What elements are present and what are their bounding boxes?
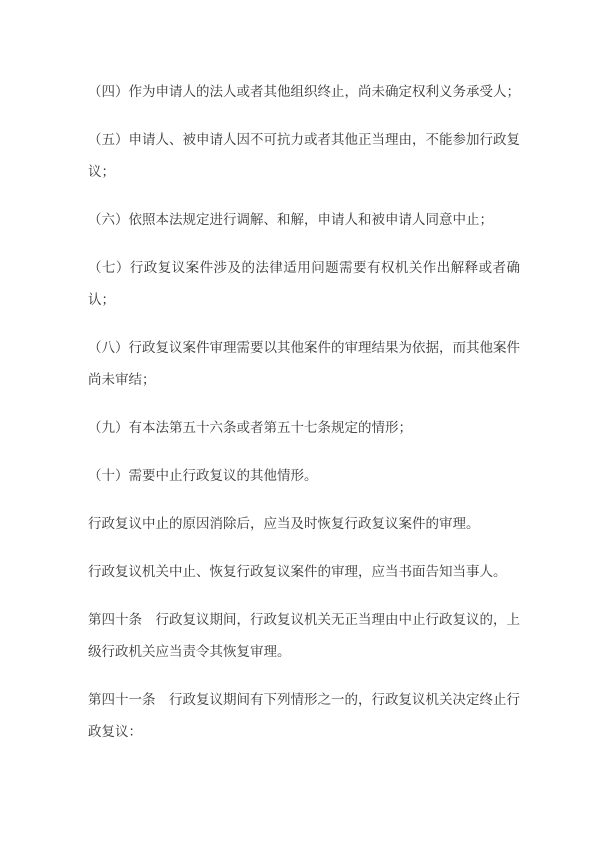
article-paragraph: 第四十一条 行政复议期间有下列情形之一的，行政复议机关决定终止行政复议： bbox=[88, 684, 520, 748]
clause-paragraph: （八）行政复议案件审理需要以其他案件的审理结果为依据，而其他案件尚未审结； bbox=[88, 332, 520, 396]
clause-paragraph: （五）申请人、被申请人因不可抗力或者其他正当理由，不能参加行政复议； bbox=[88, 124, 520, 188]
article-paragraph: 第四十条 行政复议期间，行政复议机关无正当理由中止行政复议的，上级行政机关应当责… bbox=[88, 604, 520, 668]
document-page: （四）作为申请人的法人或者其他组织终止，尚未确定权利义务承受人；（五）申请人、被… bbox=[0, 0, 600, 848]
document-body: （四）作为申请人的法人或者其他组织终止，尚未确定权利义务承受人；（五）申请人、被… bbox=[88, 76, 520, 748]
clause-paragraph: （六）依照本法规定进行调解、和解，申请人和被申请人同意中止； bbox=[88, 204, 520, 236]
body-paragraph: 行政复议机关中止、恢复行政复议案件的审理，应当书面告知当事人。 bbox=[88, 556, 520, 588]
body-paragraph: 行政复议中止的原因消除后，应当及时恢复行政复议案件的审理。 bbox=[88, 508, 520, 540]
clause-paragraph: （九）有本法第五十六条或者第五十七条规定的情形； bbox=[88, 412, 520, 444]
clause-paragraph: （七）行政复议案件涉及的法律适用问题需要有权机关作出解释或者确认； bbox=[88, 252, 520, 316]
clause-paragraph: （十）需要中止行政复议的其他情形。 bbox=[88, 460, 520, 492]
clause-paragraph: （四）作为申请人的法人或者其他组织终止，尚未确定权利义务承受人； bbox=[88, 76, 520, 108]
